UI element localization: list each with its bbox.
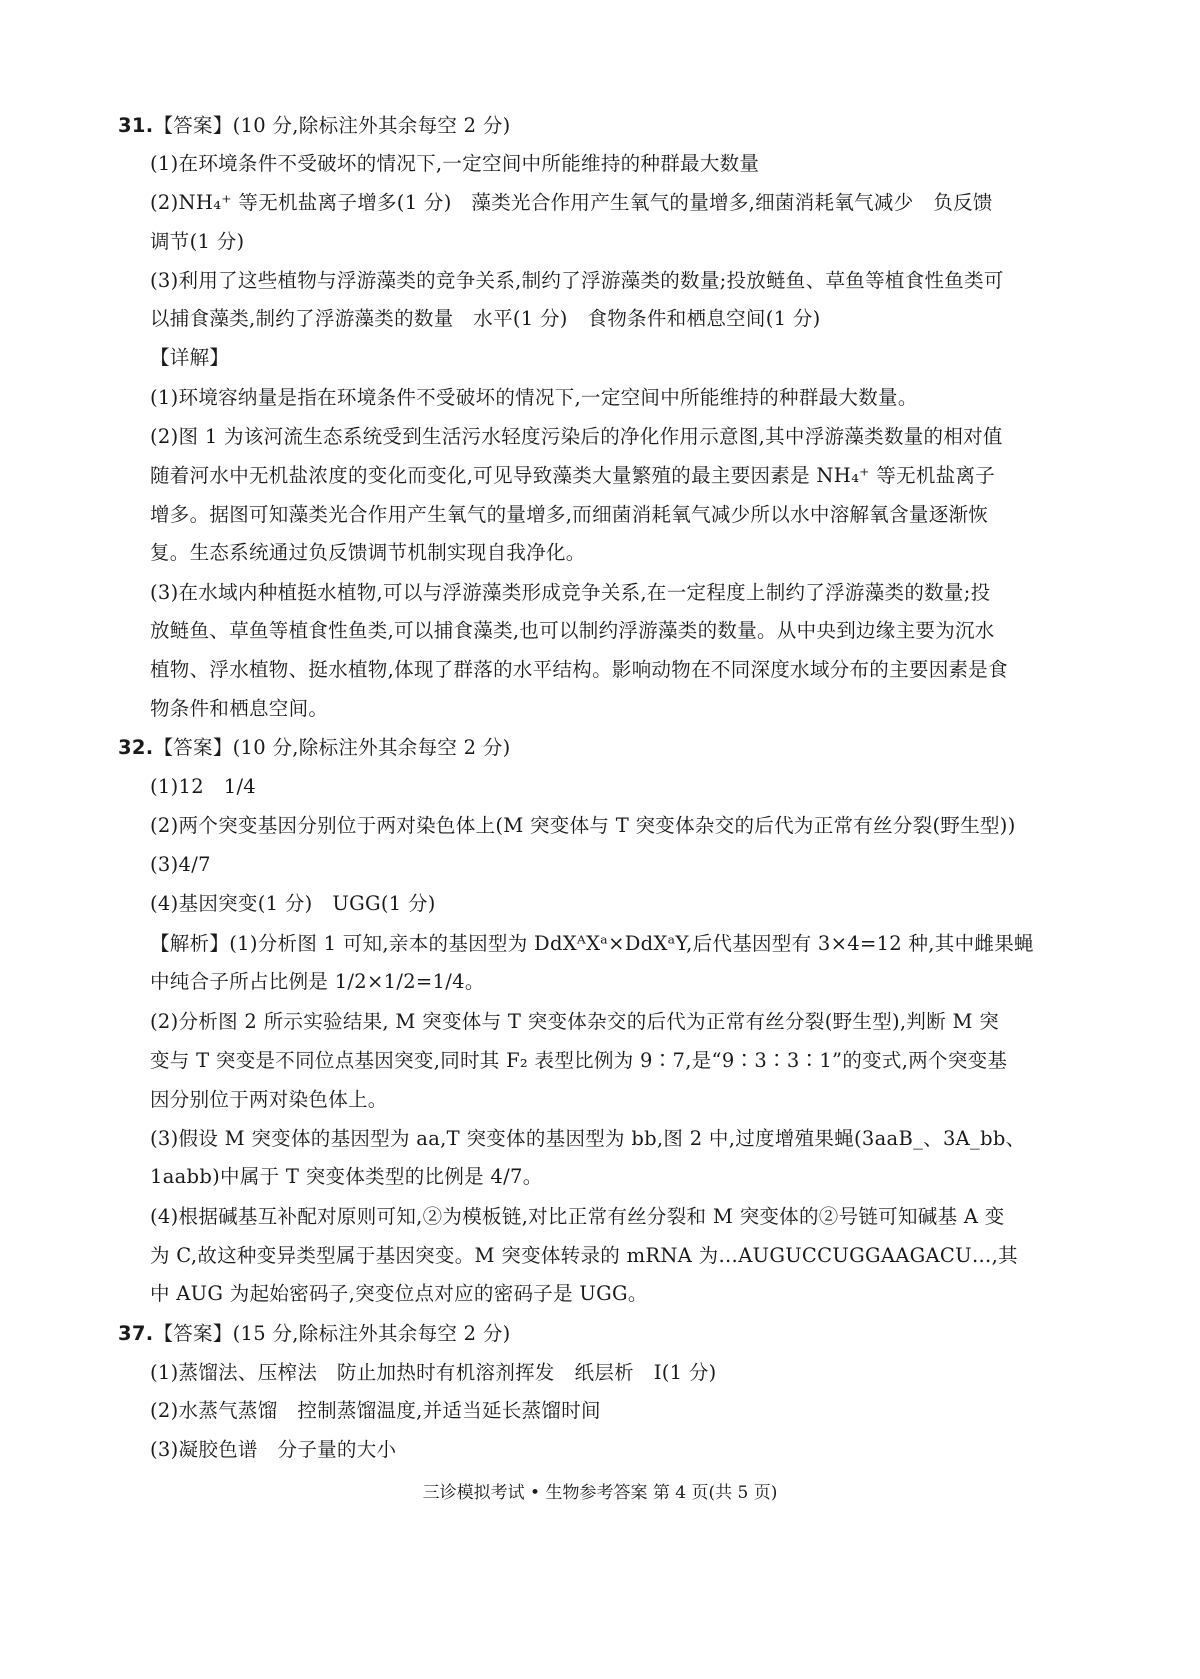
q32-explain-4-cont: 为 C,故这种变异类型属于基因突变。M 突变体转录的 mRNA 为…AUGUCC…	[150, 1242, 1018, 1270]
q31-answer-2: (2)NH₄⁺ 等无机盐离子增多(1 分) 藻类光合作用产生氧气的量增多,细菌消…	[150, 189, 993, 217]
q31-answer-3-cont: 以捕食藻类,制约了浮游藻类的数量 水平(1 分) 食物条件和栖息空间(1 分)	[150, 305, 821, 333]
q32-explain-4: (4)根据碱基互补配对原则可知,②为模板链,对比正常有丝分裂和 M 突变体的②号…	[150, 1203, 1005, 1231]
q37-answer-1: (1)蒸馏法、压榨法 防止加热时有机溶剂挥发 纸层析 Ⅰ(1 分)	[150, 1359, 717, 1387]
q31-detail-2: (2)图 1 为该河流生态系统受到生活污水轻度污染后的净化作用示意图,其中浮游藻…	[150, 423, 1003, 451]
q37-header: 37.【答案】(15 分,除标注外其余每空 2 分)	[118, 1320, 511, 1348]
q32-answer-4: (4)基因突变(1 分) UGG(1 分)	[150, 890, 436, 918]
q31-detail-3-cont: 物条件和栖息空间。	[150, 695, 328, 723]
q32-explain-3: (3)假设 M 突变体的基因型为 aa,T 突变体的基因型为 bb,图 2 中,…	[150, 1125, 1025, 1153]
page-footer: 三诊模拟考试 • 生物参考答案 第 4 页(共 5 页)	[0, 1478, 1200, 1503]
q31-detail-1: (1)环境容纳量是指在环境条件不受破坏的情况下,一定空间中所能维持的种群最大数量…	[150, 384, 918, 412]
q32-explain-1-cont: 中纯合子所占比例是 1/2×1/2=1/4。	[150, 968, 485, 996]
q31-detail-label: 【详解】	[150, 344, 229, 372]
q37-answer-2: (2)水蒸气蒸馏 控制蒸馏温度,并适当延长蒸馏时间	[150, 1397, 601, 1425]
q32-explain-2-cont: 因分别位于两对染色体上。	[150, 1086, 388, 1114]
q32-explain-3-cont: 1aabb)中属于 T 突变体类型的比例是 4/7。	[150, 1163, 543, 1191]
q31-detail-3-cont: 植物、浮水植物、挺水植物,体现了群落的水平结构。影响动物在不同深度水域分布的主要…	[150, 656, 1008, 684]
q32-explain-2-cont: 变与 T 突变是不同位点基因突变,同时其 F₂ 表型比例为 9∶7,是“9∶3∶…	[150, 1047, 1007, 1075]
q31-answer-1: (1)在环境条件不受破坏的情况下,一定空间中所能维持的种群最大数量	[150, 150, 759, 178]
q31-detail-3: (3)在水域内种植挺水植物,可以与浮游藻类形成竞争关系,在一定程度上制约了浮游藻…	[150, 579, 990, 607]
q32-explain-4-cont: 中 AUG 为起始密码子,突变位点对应的密码子是 UGG。	[150, 1280, 648, 1308]
q31-detail-3-cont: 放鲢鱼、草鱼等植食性鱼类,可以捕食藻类,也可以制约浮游藻类的数量。从中央到边缘主…	[150, 617, 995, 645]
document-page: 31.【答案】(10 分,除标注外其余每空 2 分) (1)在环境条件不受破坏的…	[0, 0, 1200, 1679]
q31-answer-3: (3)利用了这些植物与浮游藻类的竞争关系,制约了浮游藻类的数量;投放鲢鱼、草鱼等…	[150, 267, 1004, 295]
q31-detail-2-cont: 增多。据图可知藻类光合作用产生氧气的量增多,而细菌消耗氧气减少所以水中溶解氧含量…	[150, 501, 988, 529]
q32-explain-1: 【解析】(1)分析图 1 可知,亲本的基因型为 DdXᴬXᵃ×DdXᵃY,后代基…	[150, 930, 1034, 958]
q31-detail-2-cont: 复。生态系统通过负反馈调节机制实现自我净化。	[150, 539, 586, 567]
q32-answer-2: (2)两个突变基因分别位于两对染色体上(M 突变体与 T 突变体杂交的后代为正常…	[150, 812, 1016, 840]
q31-answer-2-cont: 调节(1 分)	[150, 228, 244, 256]
q37-answer-3: (3)凝胶色谱 分子量的大小	[150, 1436, 396, 1464]
q31-header: 31.【答案】(10 分,除标注外其余每空 2 分)	[118, 112, 511, 140]
q32-explain-2: (2)分析图 2 所示实验结果, M 突变体与 T 突变体杂交的后代为正常有丝分…	[150, 1008, 999, 1036]
q32-answer-1: (1)12 1/4	[150, 773, 256, 801]
q32-header: 32.【答案】(10 分,除标注外其余每空 2 分)	[118, 734, 511, 762]
q32-answer-3: (3)4/7	[150, 851, 211, 879]
q31-detail-2-cont: 随着河水中无机盐浓度的变化而变化,可见导致藻类大量繁殖的最主要因素是 NH₄⁺ …	[150, 462, 995, 490]
